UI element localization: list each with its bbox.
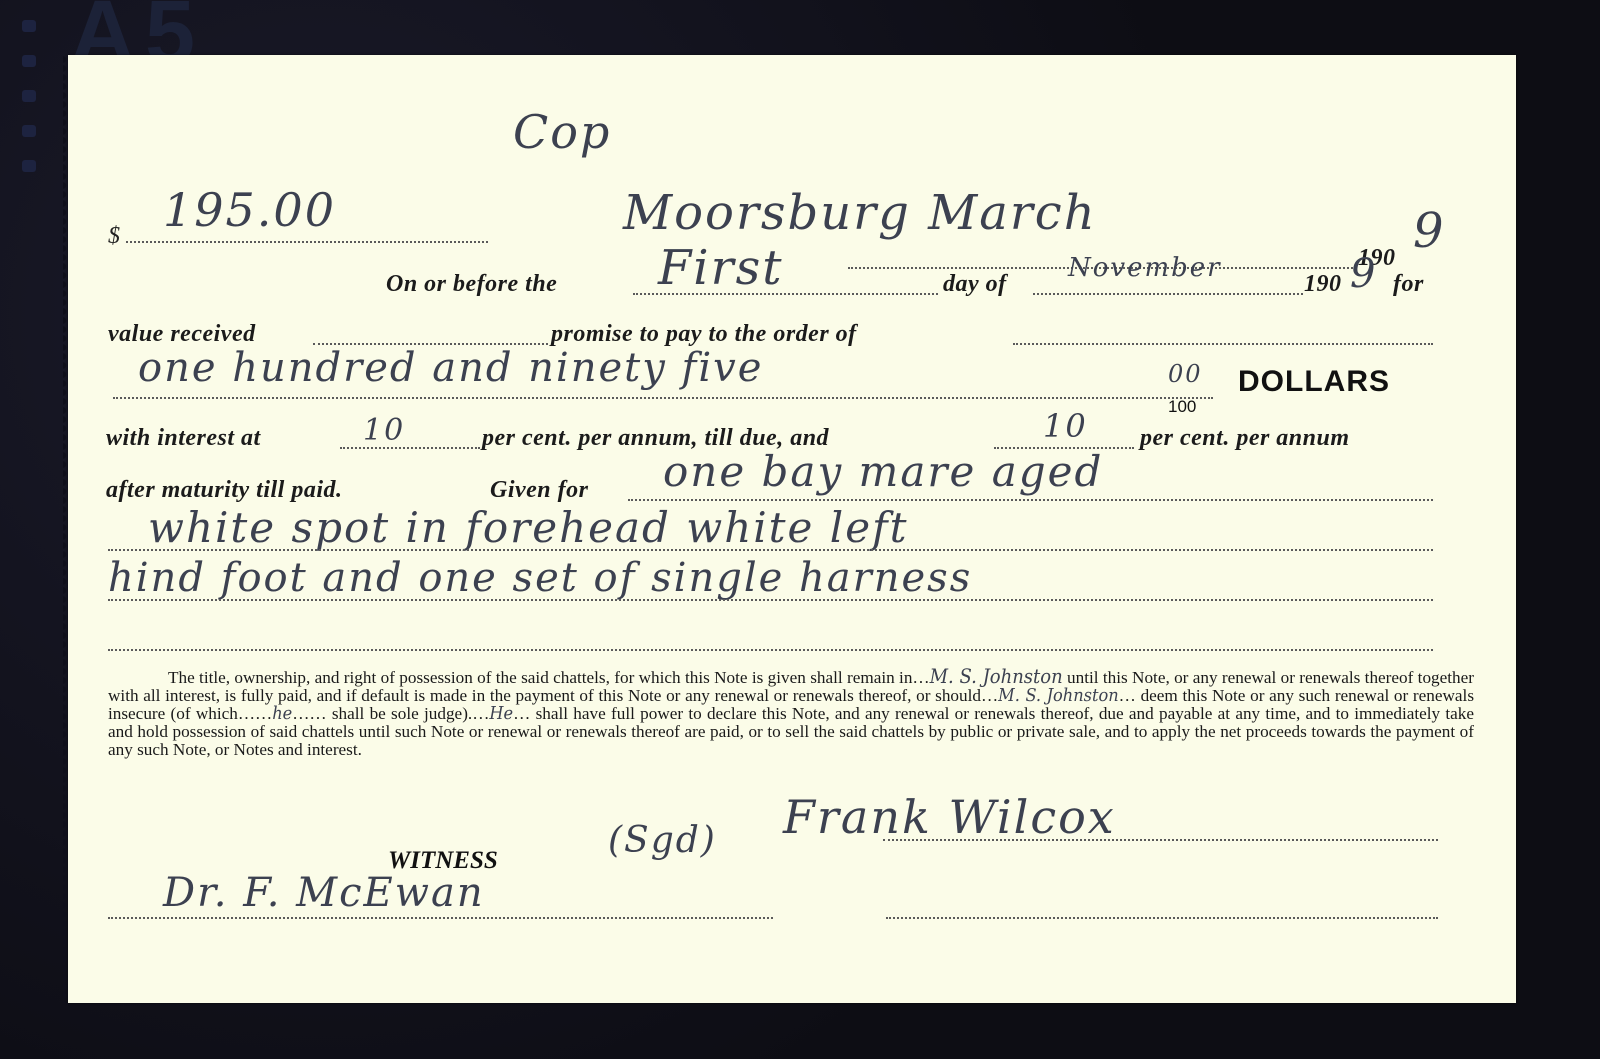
due-day-handwritten: First (658, 240, 784, 296)
interest-rate-dotted-line (340, 447, 480, 449)
maker-signature-line (883, 839, 1438, 841)
legal-text-part-d: shall be sole judge). (332, 704, 472, 723)
should-handwritten: M. S. Johnston (998, 685, 1119, 706)
cents-denominator: 100 (1168, 397, 1196, 417)
label-given-for: Given for (490, 477, 588, 504)
due-year-handwritten: 9 (1350, 251, 1377, 297)
given-for-dotted-line-3 (108, 599, 1433, 601)
witness-signature-line (108, 917, 773, 919)
amount-in-words: one hundred and ninety five (138, 345, 763, 391)
label-per-cent-per-annum: per cent. per annum (1140, 425, 1350, 452)
label-promise-to-pay: promise to pay to the order of (551, 321, 857, 348)
witness-signature: Dr. F. McEwan (163, 870, 485, 916)
given-for-text-line2: white spot in forehead white left (148, 503, 908, 552)
dollars-label: DOLLARS (1238, 365, 1390, 399)
label-day-of: day of (943, 271, 1007, 298)
given-for-dotted-line-2 (108, 549, 1433, 551)
cents-handwritten: 00 (1168, 360, 1203, 388)
label-with-interest-at: with interest at (106, 425, 261, 452)
label-value-received: value received (108, 321, 256, 348)
amount-dotted-line (126, 241, 488, 243)
second-signature-line (886, 917, 1438, 919)
given-for-text-line1: one bay mare aged (663, 447, 1103, 496)
place-date-handwritten: Moorsburg March (623, 185, 1097, 241)
promissory-note: Cop $ 195.00 Moorsburg March 190 9 On or… (68, 55, 1516, 1003)
judge-handwritten: he (272, 703, 292, 724)
label-on-or-before: On or before the (386, 271, 557, 298)
legal-terms-paragraph: The title, ownership, and right of posse… (108, 667, 1474, 759)
given-for-text-line3: hind foot and one set of single harness (108, 555, 972, 601)
given-for-dotted-line-1 (628, 499, 1433, 501)
label-after-maturity: after maturity till paid. (106, 477, 343, 504)
legal-text-part-a: The title, ownership, and right of posse… (168, 668, 912, 687)
amount-words-dotted-line (113, 397, 1213, 399)
payee-dotted-line (1013, 343, 1433, 345)
handwritten-annotation-cop: Cop (513, 105, 611, 159)
seal-mark: (Sgd) (608, 820, 717, 861)
maker-signature: Frank Wilcox (783, 790, 1116, 844)
month-dotted-line (1033, 293, 1303, 295)
amount-figures: 195.00 (163, 183, 336, 237)
given-for-dotted-line-4 (108, 649, 1433, 651)
due-year-printed: 190 (1304, 271, 1342, 298)
handwritten-year-digit: 9 (1413, 203, 1446, 259)
due-month-handwritten: November (1068, 253, 1222, 283)
dollar-sign: $ (108, 223, 120, 250)
label-for: for (1393, 271, 1424, 298)
album-perforation-dots (22, 20, 38, 195)
interest-rate-before-due: 10 (363, 413, 405, 448)
interest-rate-after-due: 10 (1043, 407, 1088, 445)
power-handwritten: He (489, 703, 513, 724)
